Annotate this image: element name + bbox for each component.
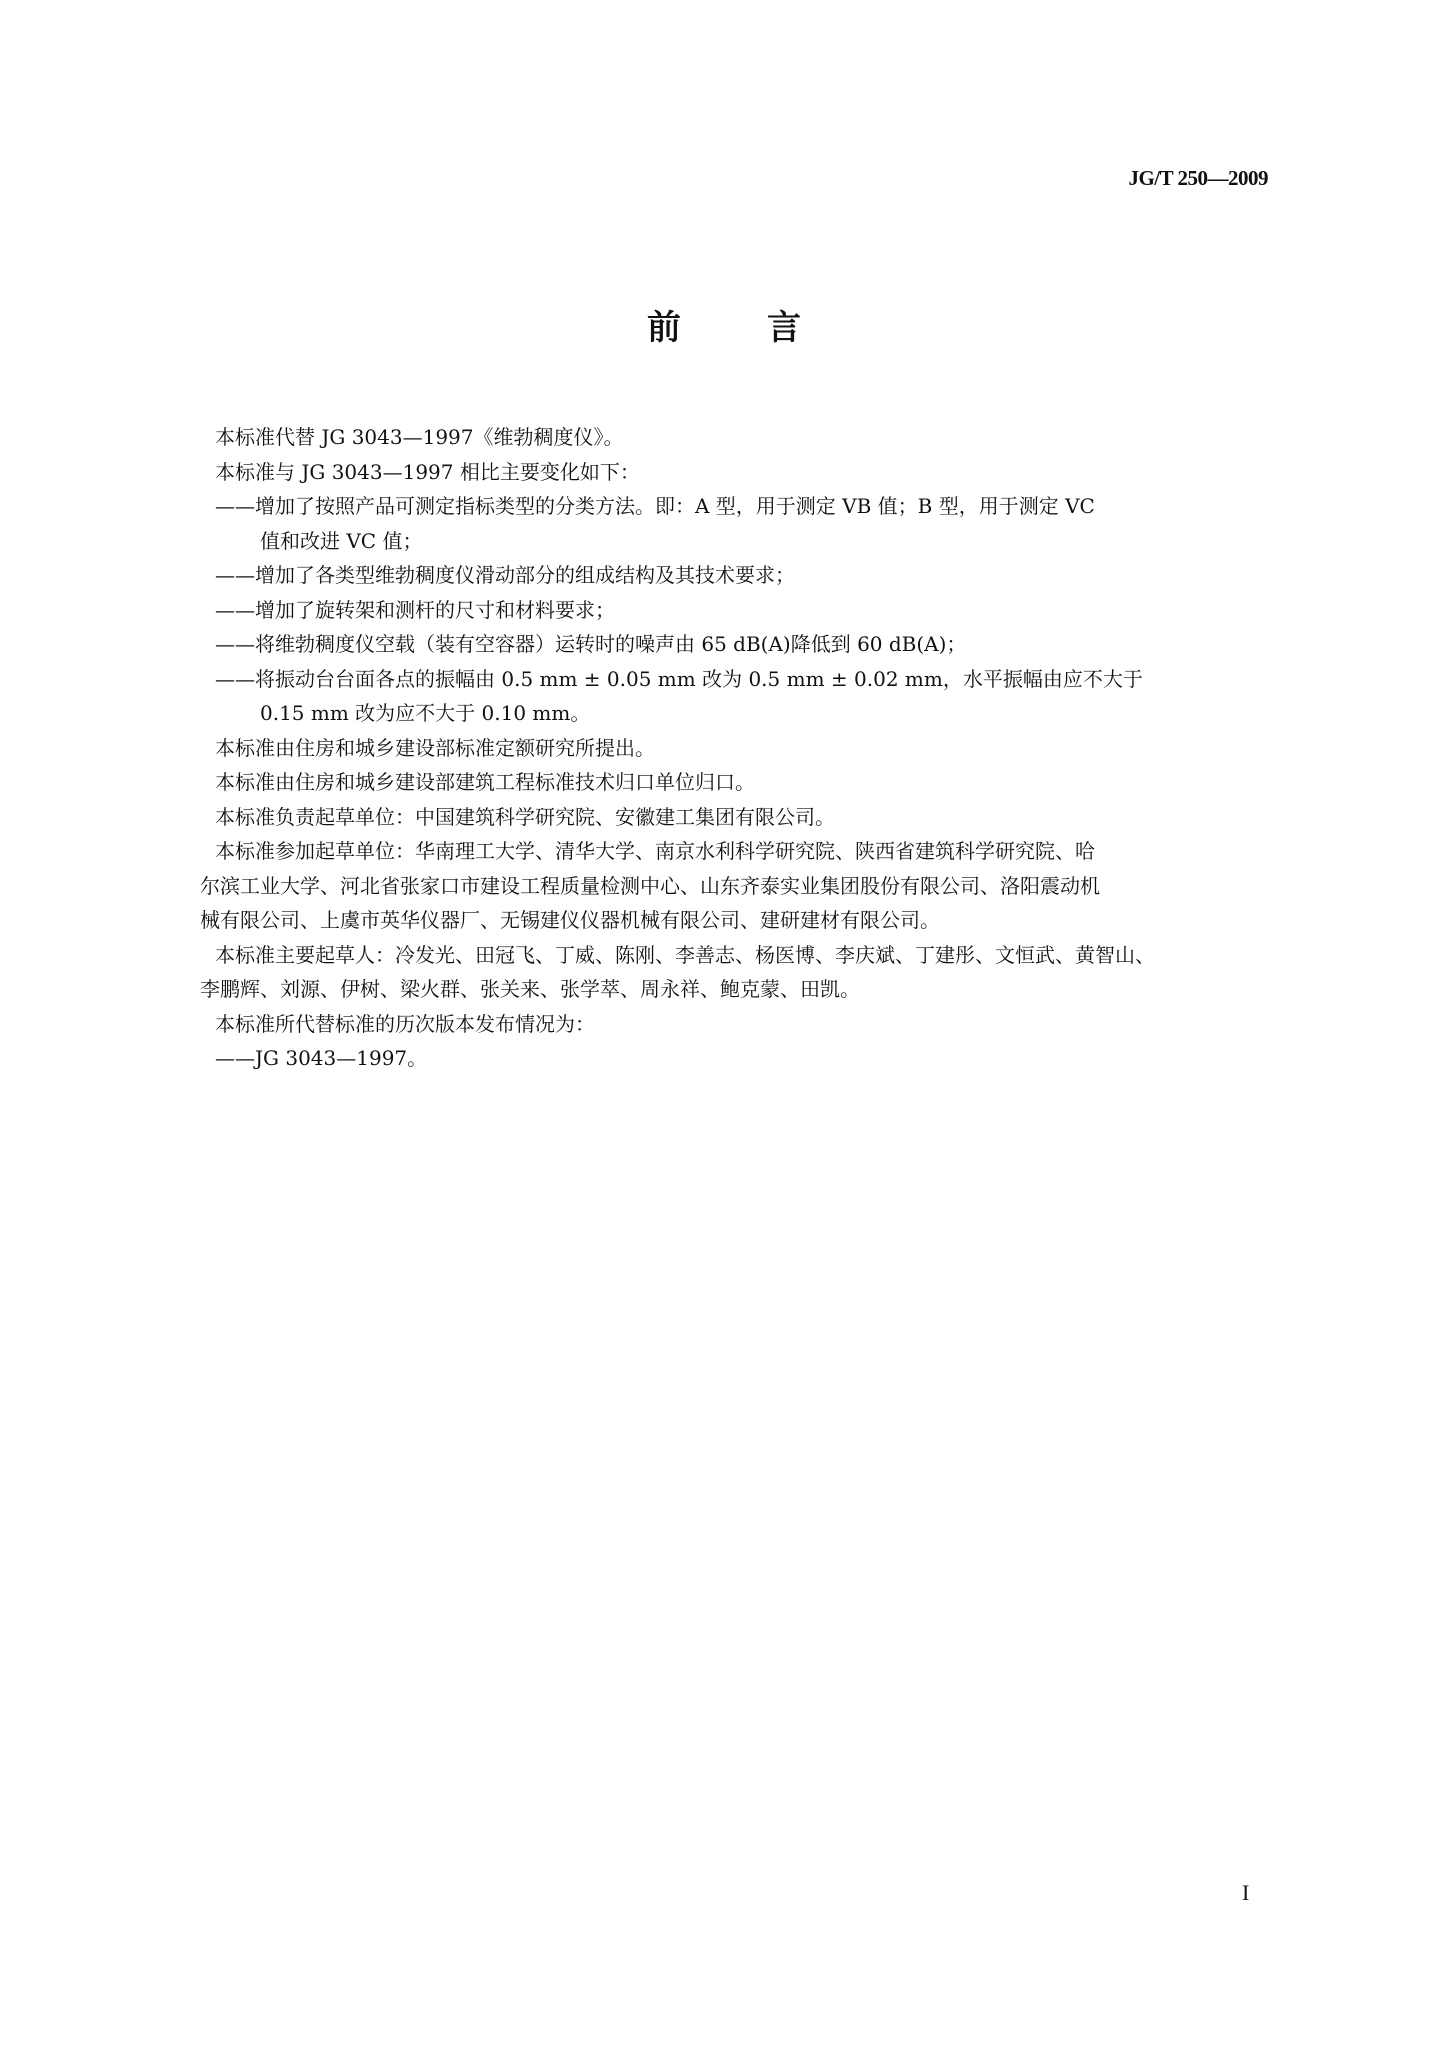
paragraph-participating-drafters-cont-1: 尔滨工业大学、河北省张家口市建设工程质量检测中心、山东齐泰实业集团股份有限公司、…: [200, 869, 1300, 904]
paragraph-main-drafters-cont: 李鹏辉、刘源、伊树、梁火群、张关来、张学萃、周永祥、鲍克蒙、田凯。: [200, 972, 1300, 1007]
page-title-char-2: 言: [767, 308, 801, 348]
page-title: 前言: [0, 300, 1448, 349]
paragraph-proposed-by: 本标准由住房和城乡建设部标准定额研究所提出。: [200, 731, 1300, 766]
change-item-noise: ——将维勃稠度仪空载（装有空容器）运转时的噪声由 65 dB(A)降低到 60 …: [200, 627, 1300, 662]
paragraph-main-drafters: 本标准主要起草人：冷发光、田冠飞、丁威、陈刚、李善志、杨医博、李庆斌、丁建彤、文…: [200, 938, 1300, 973]
change-item-amplitude: ——将振动台台面各点的振幅由 0.5 mm ± 0.05 mm 改为 0.5 m…: [200, 662, 1300, 697]
paragraph-replaces: 本标准代替 JG 3043—1997《维勃稠度仪》。: [200, 420, 1300, 455]
change-item-sliding-part: ——增加了各类型维勃稠度仪滑动部分的组成结构及其技术要求；: [200, 558, 1300, 593]
paragraph-previous-editions: 本标准所代替标准的历次版本发布情况为：: [200, 1007, 1300, 1042]
change-item-rotating-frame: ——增加了旋转架和测杆的尺寸和材料要求；: [200, 593, 1300, 628]
change-item-classification: ——增加了按照产品可测定指标类型的分类方法。即：A 型，用于测定 VB 值；B …: [200, 489, 1300, 524]
paragraph-administered-by: 本标准由住房和城乡建设部建筑工程标准技术归口单位归口。: [200, 765, 1300, 800]
page-number: I: [1242, 1880, 1249, 1906]
paragraph-changes-intro: 本标准与 JG 3043—1997 相比主要变化如下：: [200, 455, 1300, 490]
paragraph-participating-drafters-cont-2: 械有限公司、上虞市英华仪器厂、无锡建仪仪器机械有限公司、建研建材有限公司。: [200, 903, 1300, 938]
paragraph-participating-drafters: 本标准参加起草单位：华南理工大学、清华大学、南京水利科学研究院、陕西省建筑科学研…: [200, 834, 1300, 869]
page-title-char-1: 前: [647, 308, 681, 348]
previous-edition-item: ——JG 3043—1997。: [200, 1041, 1300, 1076]
foreword-body: 本标准代替 JG 3043—1997《维勃稠度仪》。 本标准与 JG 3043—…: [200, 420, 1300, 1076]
paragraph-lead-drafters: 本标准负责起草单位：中国建筑科学研究院、安徽建工集团有限公司。: [200, 800, 1300, 835]
change-item-classification-cont: 值和改进 VC 值；: [200, 524, 1300, 559]
standard-code: JG/T 250—2009: [1128, 166, 1268, 191]
change-item-amplitude-cont: 0.15 mm 改为应不大于 0.10 mm。: [200, 696, 1300, 731]
